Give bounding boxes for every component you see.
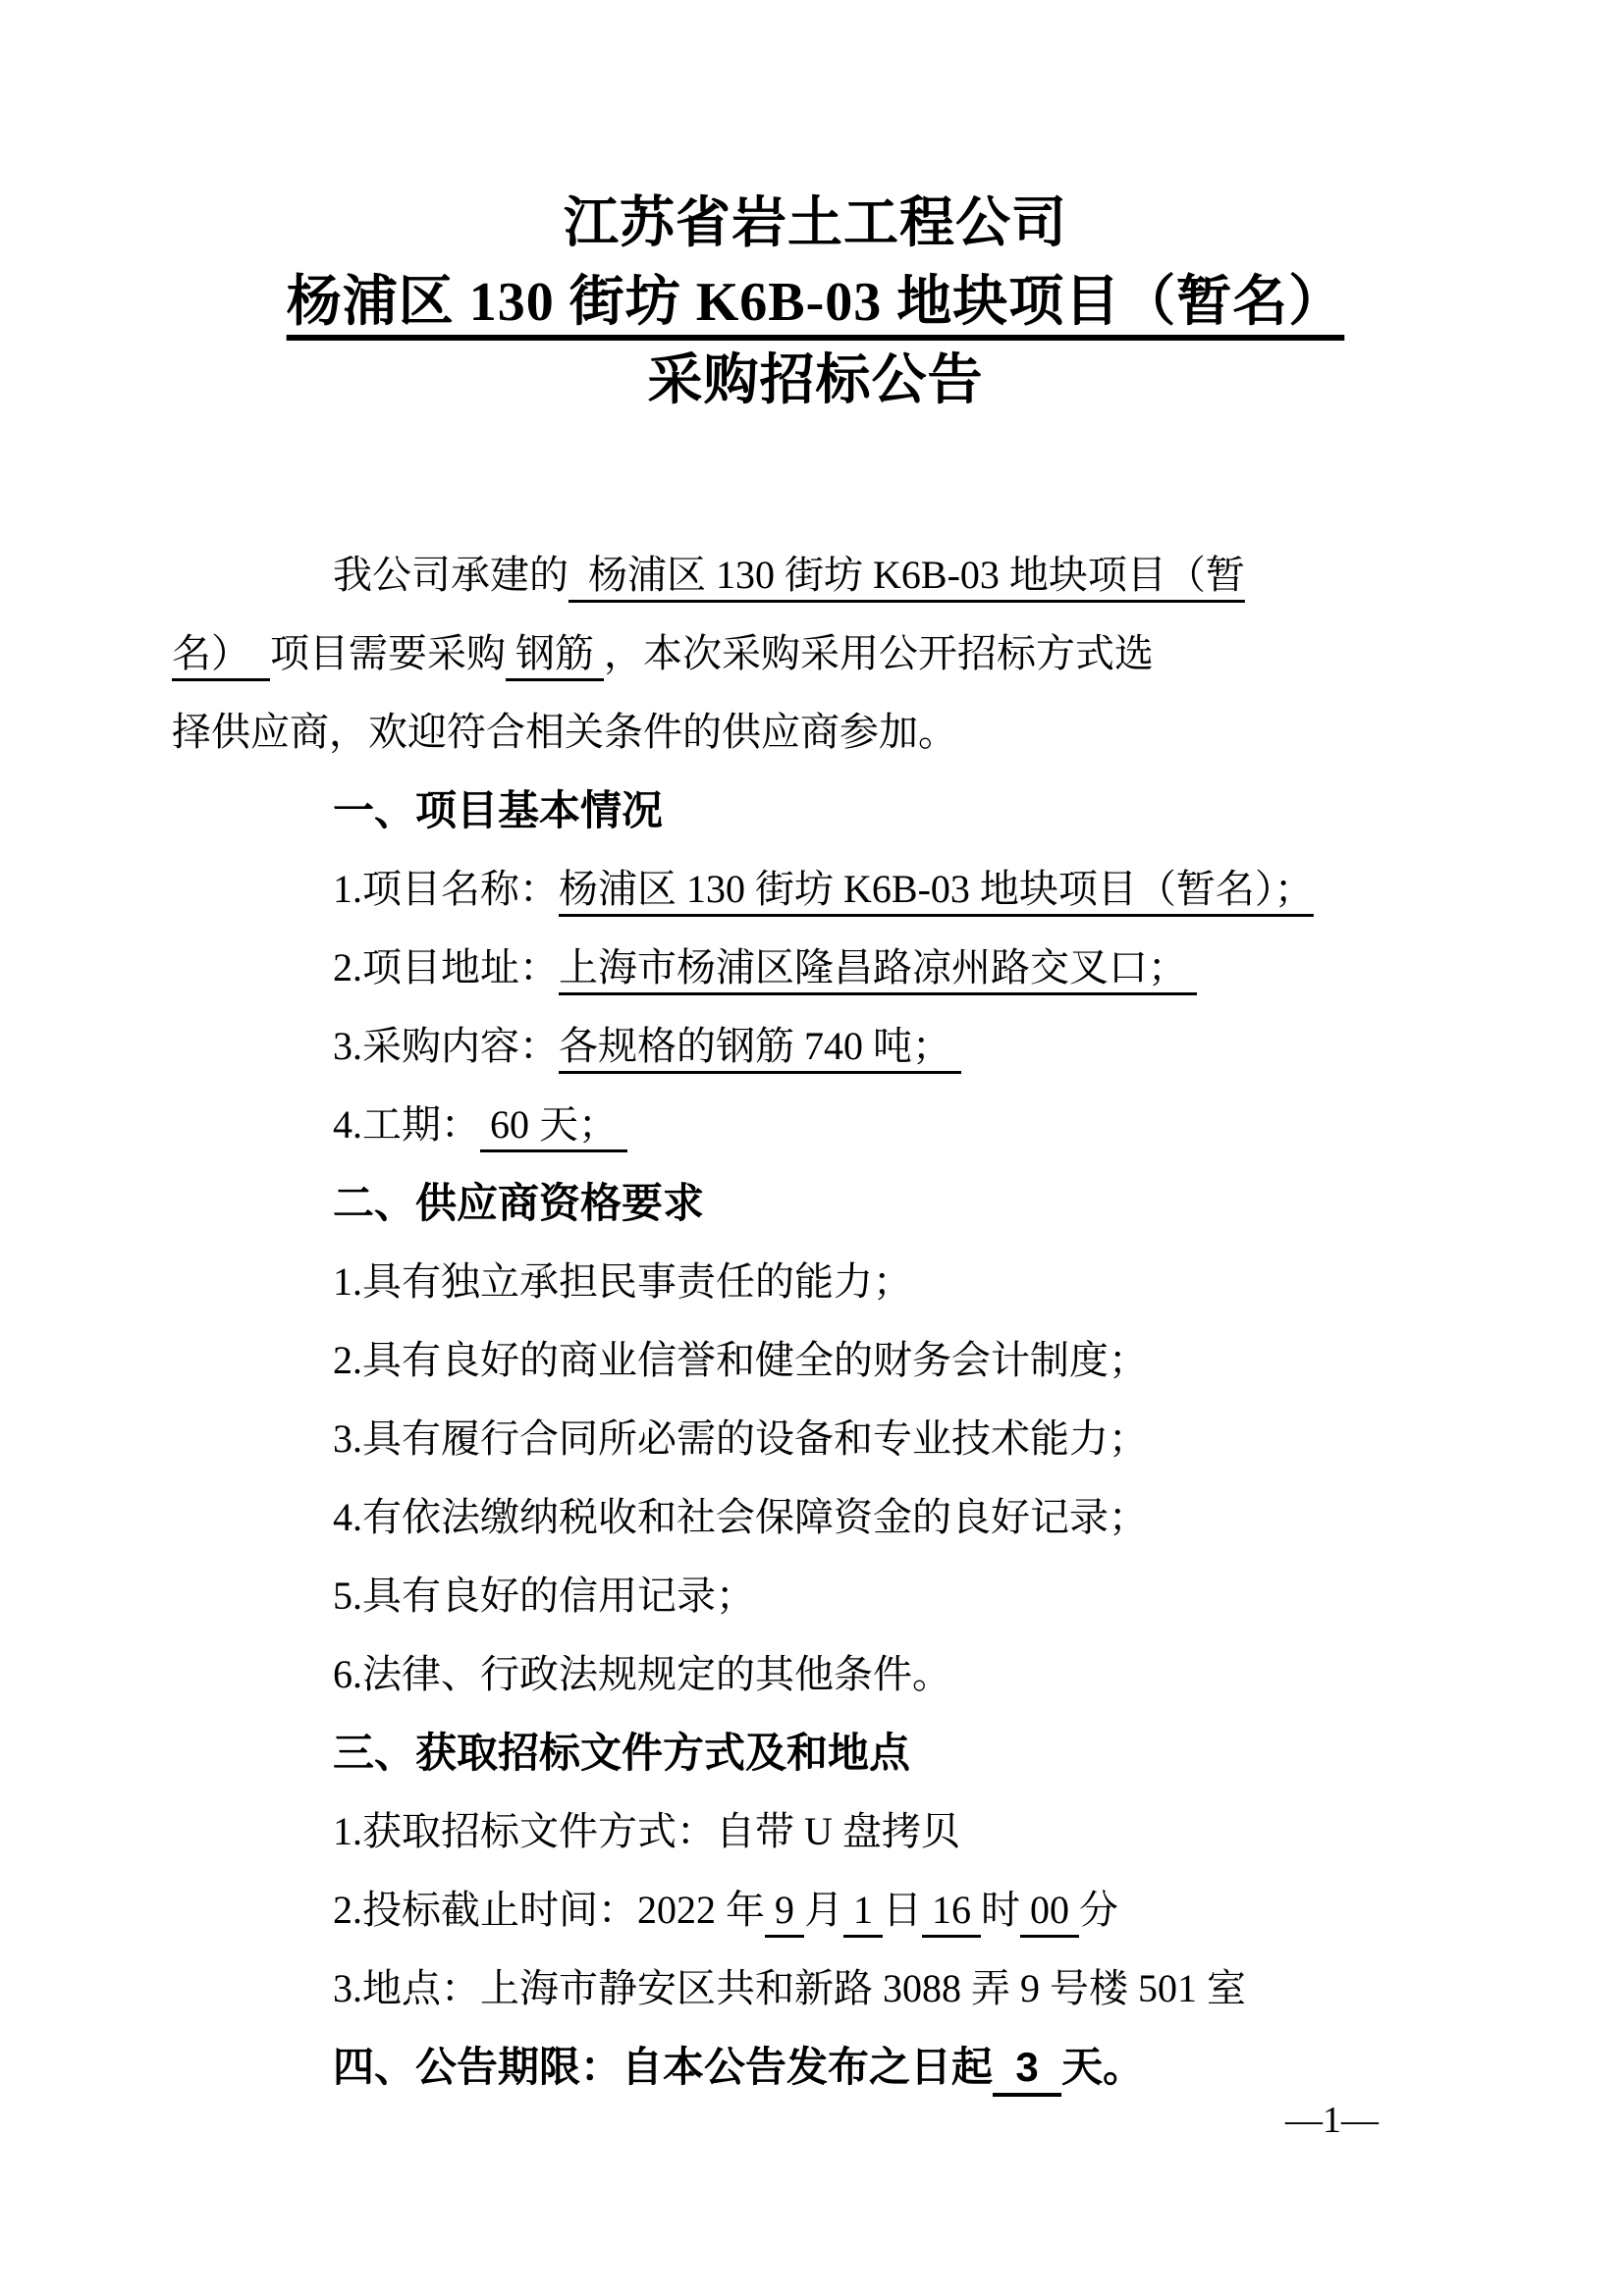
doc-line: 4.工期： 60 天；	[172, 1086, 1459, 1164]
text: 4.有依法缴纳税收和社会保障资金的良好记录；	[333, 1495, 1148, 1539]
doc-line: 1.获取招标文件方式：自带 U 盘拷贝	[172, 1792, 1459, 1871]
underlined-text: 1	[843, 1888, 883, 1932]
text: 四、公告期限：自本公告发布之日起	[333, 2044, 993, 2090]
text: 天。	[1061, 2044, 1144, 2090]
text: 我公司承建的	[333, 553, 568, 597]
underlined-text: 杨浦区 130 街坊 K6B-03 地块项目（暂名）；	[559, 867, 1314, 911]
underlined-text: 名）	[172, 631, 270, 675]
title-line-2-underlined: 杨浦区 130 街坊 K6B-03 地块项目（暂名）	[287, 272, 1345, 333]
doc-line: 1.具有独立承担民事责任的能力；	[172, 1243, 1459, 1321]
document-title-announcement: 采购招标公告	[172, 342, 1459, 420]
doc-line: 1.项目名称：杨浦区 130 街坊 K6B-03 地块项目（暂名）；	[172, 850, 1459, 929]
underlined-text: 钢筋	[506, 631, 604, 675]
text: 1.获取招标文件方式：自带 U 盘拷贝	[333, 1809, 960, 1853]
doc-line: 4.有依法缴纳税收和社会保障资金的良好记录；	[172, 1478, 1459, 1557]
text: 2.投标截止时间：2022 年	[333, 1888, 765, 1932]
text: 5.具有良好的信用记录；	[333, 1574, 755, 1618]
text: 日	[883, 1888, 922, 1932]
text: 1.项目名称：	[333, 867, 559, 911]
doc-line: 2.具有良好的商业信誉和健全的财务会计制度；	[172, 1321, 1459, 1400]
underlined-text: 杨浦区 130 街坊 K6B-03 地块项目（暂	[568, 553, 1245, 597]
text: 4.工期：	[333, 1102, 480, 1147]
underlined-text: 3	[993, 2044, 1061, 2090]
text: 择供应商，欢迎符合相关条件的供应商参加。	[172, 710, 957, 754]
text: 月	[804, 1888, 843, 1932]
document-body: 我公司承建的 杨浦区 130 街坊 K6B-03 地块项目（暂名） 项目需要采购…	[172, 536, 1459, 2107]
section-heading: 三、获取招标文件方式及和地点	[172, 1714, 1459, 1792]
doc-line: 择供应商，欢迎符合相关条件的供应商参加。	[172, 693, 1459, 772]
underlined-text: 各规格的钢筋 740 吨；	[559, 1024, 961, 1068]
document-title-project: 杨浦区 130 街坊 K6B-03 地块项目（暂名）	[172, 263, 1459, 342]
text: 3.采购内容：	[333, 1024, 559, 1068]
section-heading: 一、项目基本情况	[172, 772, 1459, 850]
doc-line: 6.法律、行政法规规定的其他条件。	[172, 1635, 1459, 1714]
text: 一、项目基本情况	[333, 787, 663, 833]
underlined-text: 60 天；	[480, 1102, 627, 1147]
text: 二、供应商资格要求	[333, 1180, 704, 1226]
document-title-company: 江苏省岩土工程公司	[172, 185, 1459, 263]
doc-line: 3.采购内容：各规格的钢筋 740 吨；	[172, 1007, 1459, 1086]
text: 2.具有良好的商业信誉和健全的财务会计制度；	[333, 1338, 1148, 1382]
doc-line: 3.地点：上海市静安区共和新路 3088 弄 9 号楼 501 室	[172, 1949, 1459, 2028]
title-block: 江苏省岩土工程公司 杨浦区 130 街坊 K6B-03 地块项目（暂名） 采购招…	[172, 185, 1459, 420]
doc-line: 2.投标截止时间：2022 年 9 月 1 日 16 时 00 分	[172, 1871, 1459, 1949]
section-heading: 四、公告期限：自本公告发布之日起 3 天。	[172, 2028, 1459, 2107]
underlined-text: 9	[765, 1888, 804, 1932]
doc-line: 我公司承建的 杨浦区 130 街坊 K6B-03 地块项目（暂	[172, 536, 1459, 614]
doc-line: 3.具有履行合同所必需的设备和专业技术能力；	[172, 1400, 1459, 1478]
text: 3.具有履行合同所必需的设备和专业技术能力；	[333, 1416, 1148, 1461]
section-heading: 二、供应商资格要求	[172, 1164, 1459, 1243]
text: ，本次采购采用公开招标方式选	[604, 631, 1154, 675]
text: 3.地点：上海市静安区共和新路 3088 弄 9 号楼 501 室	[333, 1966, 1246, 2010]
text: 1.具有独立承担民事责任的能力；	[333, 1259, 912, 1304]
doc-line: 名） 项目需要采购 钢筋 ，本次采购采用公开招标方式选	[172, 614, 1459, 693]
text: 6.法律、行政法规规定的其他条件。	[333, 1652, 951, 1696]
underlined-text: 上海市杨浦区隆昌路凉州路交叉口；	[559, 945, 1197, 989]
text: 三、获取招标文件方式及和地点	[333, 1730, 910, 1776]
text: 2.项目地址：	[333, 945, 559, 989]
document-page: 江苏省岩土工程公司 杨浦区 130 街坊 K6B-03 地块项目（暂名） 采购招…	[0, 0, 1624, 2296]
underlined-text: 16	[922, 1888, 981, 1932]
title-line-1: 江苏省岩土工程公司	[564, 193, 1067, 254]
page-number: —1—	[1285, 2091, 1379, 2150]
text: 分	[1079, 1888, 1118, 1932]
title-line-3: 采购招标公告	[648, 350, 984, 411]
doc-line: 5.具有良好的信用记录；	[172, 1557, 1459, 1635]
text: 时	[981, 1888, 1020, 1932]
underlined-text: 00	[1020, 1888, 1079, 1932]
text: 项目需要采购	[270, 631, 506, 675]
doc-line: 2.项目地址：上海市杨浦区隆昌路凉州路交叉口；	[172, 929, 1459, 1007]
document-content: 江苏省岩土工程公司 杨浦区 130 街坊 K6B-03 地块项目（暂名） 采购招…	[172, 185, 1459, 2107]
